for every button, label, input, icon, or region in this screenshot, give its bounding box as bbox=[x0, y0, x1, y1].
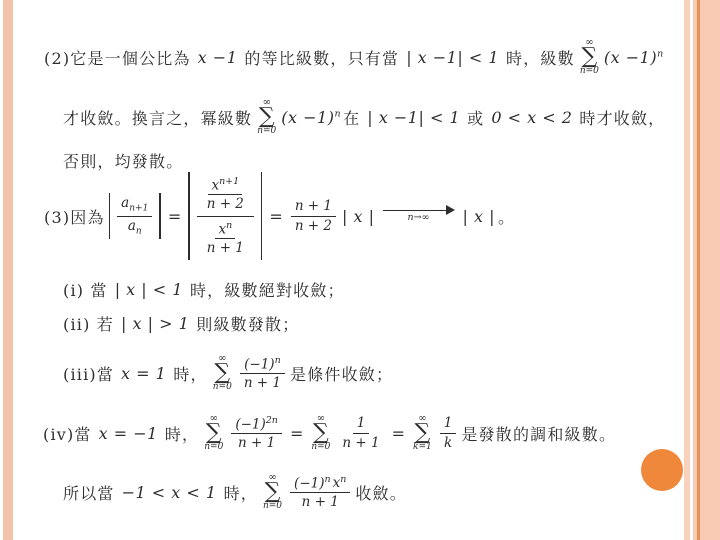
fraction-denominator: n + 2 bbox=[204, 195, 247, 212]
summation: ∞ ∑ n=0 bbox=[257, 98, 276, 136]
fraction-numerator: xn+1 bbox=[208, 176, 242, 196]
fraction-denominator: n + 1 bbox=[204, 239, 247, 256]
text-run: 則級數發散； bbox=[196, 312, 299, 335]
case-iii: (iii)當 x = 1 時， ∞ ∑ n=0 (−1)n n + 1 是條件收… bbox=[62, 348, 394, 398]
summation: ∞ ∑ n=0 bbox=[311, 414, 330, 452]
fraction-numerator: (−1)nxn bbox=[290, 474, 350, 494]
text-run: (3)因為 bbox=[44, 205, 105, 228]
text-run: 收斂。 bbox=[355, 481, 407, 504]
math-expr: 0 < x < 2 bbox=[491, 108, 572, 127]
sum-lower-limit: n=0 bbox=[204, 443, 223, 452]
base: (−1) bbox=[244, 356, 274, 372]
text-run: 時， bbox=[173, 362, 207, 385]
orange-circle-decoration bbox=[641, 449, 683, 491]
sum-lower-limit: n=0 bbox=[580, 67, 599, 76]
sum-body: (x −1)n bbox=[281, 108, 341, 127]
fraction-denominator: n + 1 bbox=[338, 434, 383, 451]
variable: x bbox=[218, 221, 226, 237]
limit-label: n→∞ bbox=[407, 212, 429, 223]
math-expr: | x | bbox=[462, 207, 494, 226]
fraction-numerator: (−1)n bbox=[240, 355, 285, 375]
sum-body-exponent: n bbox=[334, 108, 341, 119]
math-expr: | x | > 1 bbox=[121, 314, 189, 333]
subscript: n+1 bbox=[129, 204, 148, 214]
limit-arrow: n→∞ bbox=[383, 210, 453, 223]
fraction: 1 k bbox=[440, 415, 457, 450]
fraction-denominator: n + 1 bbox=[240, 374, 285, 391]
sum-lower-limit: k=1 bbox=[413, 443, 432, 452]
text-run: (2)它是一個公比為 bbox=[44, 46, 191, 69]
exponent: n bbox=[324, 474, 330, 485]
text-run: (iv)當 bbox=[43, 422, 92, 445]
math-expr: x = −1 bbox=[99, 424, 158, 443]
conclusion-line: 所以當 −1 < x < 1 時， ∞ ∑ n=0 (−1)nxn n + 1 … bbox=[62, 466, 408, 518]
text-run: 在 bbox=[343, 106, 360, 129]
text-run: 否則，均發散。 bbox=[63, 149, 183, 172]
right-border-dark-line bbox=[697, 0, 700, 540]
inner-fraction: xn+1 n + 2 bbox=[204, 176, 247, 213]
exponent: 2n bbox=[266, 415, 278, 426]
equals-sign: = bbox=[269, 207, 282, 226]
right-border-stripe-thin bbox=[684, 0, 690, 540]
text-run: 時，級數 bbox=[506, 46, 575, 69]
fraction: (−1)2n n + 1 bbox=[231, 415, 282, 452]
case-ii: (ii) 若 | x | > 1 則級數發散； bbox=[62, 310, 300, 336]
text-run: 時才收斂， bbox=[579, 106, 665, 129]
fraction-numerator: 1 bbox=[353, 415, 370, 433]
fraction-numerator: an+1 bbox=[117, 195, 152, 216]
summation: ∞ ∑ n=0 bbox=[580, 38, 599, 76]
left-border-stripe bbox=[3, 0, 13, 540]
abs-bar bbox=[261, 172, 263, 260]
sigma-symbol: ∑ bbox=[259, 108, 275, 127]
summation: ∞ ∑ k=1 bbox=[413, 414, 432, 452]
slide: (2)它是一個公比為 x −1 的等比級數，只有當 | x −1| < 1 時，… bbox=[0, 0, 720, 540]
variable: a bbox=[128, 218, 136, 234]
text-run: (i) 當 bbox=[63, 278, 108, 301]
exponent: n+1 bbox=[219, 176, 239, 187]
nested-denominator: xn n + 1 bbox=[197, 217, 254, 257]
fraction-an: an+1 an bbox=[117, 195, 152, 237]
sigma-symbol: ∑ bbox=[265, 483, 281, 502]
text-run: 。 bbox=[498, 205, 515, 228]
sum-body-base: (x −1) bbox=[604, 48, 657, 67]
base: (−1) bbox=[294, 475, 324, 491]
nested-numerator: xn+1 n + 2 bbox=[197, 176, 254, 217]
sigma-symbol: ∑ bbox=[415, 424, 431, 443]
statement-3-ratio-test: (3)因為 an+1 an = xn+1 n + 2 xn n + 1 bbox=[43, 170, 516, 262]
abs-bar bbox=[159, 193, 161, 239]
fraction-denominator: n + 2 bbox=[291, 217, 336, 234]
text-run: 時， bbox=[224, 481, 258, 504]
case-i: (i) 當 | x | < 1 時，級數絕對收斂； bbox=[62, 276, 346, 302]
fraction-numerator: 1 bbox=[440, 415, 457, 433]
fraction: 1 n + 1 bbox=[338, 415, 383, 450]
base: (−1) bbox=[235, 416, 265, 432]
sigma-symbol: ∑ bbox=[313, 424, 329, 443]
sum-body-base: (x −1) bbox=[281, 108, 334, 127]
exponent: n bbox=[340, 474, 346, 485]
fraction-numerator: xn bbox=[215, 220, 235, 240]
fraction-numerator: n + 1 bbox=[291, 198, 336, 216]
fraction-numerator: (−1)2n bbox=[231, 415, 282, 435]
sum-lower-limit: n=0 bbox=[257, 127, 276, 136]
text-run: (iii)當 bbox=[63, 362, 114, 385]
fraction-limit: n + 1 n + 2 bbox=[291, 198, 336, 233]
sum-body: (x −1)n bbox=[604, 48, 664, 67]
sigma-symbol: ∑ bbox=[206, 424, 222, 443]
summation: ∞ ∑ n=0 bbox=[204, 414, 223, 452]
nested-fraction: xn+1 n + 2 xn n + 1 bbox=[197, 176, 254, 257]
summation: ∞ ∑ n=0 bbox=[213, 354, 232, 392]
math-expr: | x | < 1 bbox=[115, 280, 183, 299]
fraction-denominator: n + 1 bbox=[298, 493, 343, 510]
text-run: 才收斂。換言之，冪級數 bbox=[63, 106, 252, 129]
text-run: (ii) 若 bbox=[63, 312, 114, 335]
fraction-denominator: n + 1 bbox=[234, 434, 279, 451]
math-expr: x −1 bbox=[198, 48, 238, 67]
sigma-symbol: ∑ bbox=[582, 48, 598, 67]
inner-fraction: xn n + 1 bbox=[204, 220, 247, 257]
variable: x bbox=[211, 177, 219, 193]
fraction: (−1)n n + 1 bbox=[240, 355, 285, 392]
statement-2-line2: 才收斂。換言之，冪級數 ∞ ∑ n=0 (x −1)n 在 | x −1| < … bbox=[62, 90, 666, 144]
sum-lower-limit: n=0 bbox=[213, 383, 232, 392]
sum-lower-limit: n=0 bbox=[311, 443, 330, 452]
text-run: 時， bbox=[165, 422, 199, 445]
equals-sign: = bbox=[290, 424, 303, 443]
text-run: 是發散的調和級數。 bbox=[461, 422, 616, 445]
text-run: 或 bbox=[467, 106, 484, 129]
summation: ∞ ∑ n=0 bbox=[263, 473, 282, 511]
arrow-icon bbox=[383, 210, 453, 211]
sum-body-exponent: n bbox=[657, 48, 664, 59]
exponent: n bbox=[275, 355, 281, 366]
text-run: 的等比級數，只有當 bbox=[244, 46, 399, 69]
fraction: (−1)nxn n + 1 bbox=[290, 474, 350, 511]
equals-sign: = bbox=[392, 424, 405, 443]
math-expr: | x | bbox=[342, 207, 374, 226]
math-expr: | x −1| < 1 bbox=[367, 108, 460, 127]
math-expr: | x −1| < 1 bbox=[406, 48, 499, 67]
math-expr: x = 1 bbox=[121, 364, 166, 383]
text-run: 是條件收斂； bbox=[290, 362, 393, 385]
text-run: 時，級數絕對收斂； bbox=[190, 278, 345, 301]
exponent: n bbox=[226, 220, 232, 231]
statement-2-line1: (2)它是一個公比為 x −1 的等比級數，只有當 | x −1| < 1 時，… bbox=[43, 28, 665, 86]
equals-sign: = bbox=[168, 207, 181, 226]
sigma-symbol: ∑ bbox=[214, 364, 230, 383]
sum-lower-limit: n=0 bbox=[263, 502, 282, 511]
text-run: 所以當 bbox=[63, 481, 115, 504]
math-expr: −1 < x < 1 bbox=[122, 483, 217, 502]
abs-bar bbox=[109, 193, 111, 239]
fraction-denominator: k bbox=[440, 434, 456, 451]
abs-bar bbox=[188, 172, 190, 260]
fraction-denominator: an bbox=[124, 217, 146, 237]
case-iv: (iv)當 x = −1 時， ∞ ∑ n=0 (−1)2n n + 1 = ∞… bbox=[42, 407, 617, 459]
subscript: n bbox=[136, 226, 142, 236]
